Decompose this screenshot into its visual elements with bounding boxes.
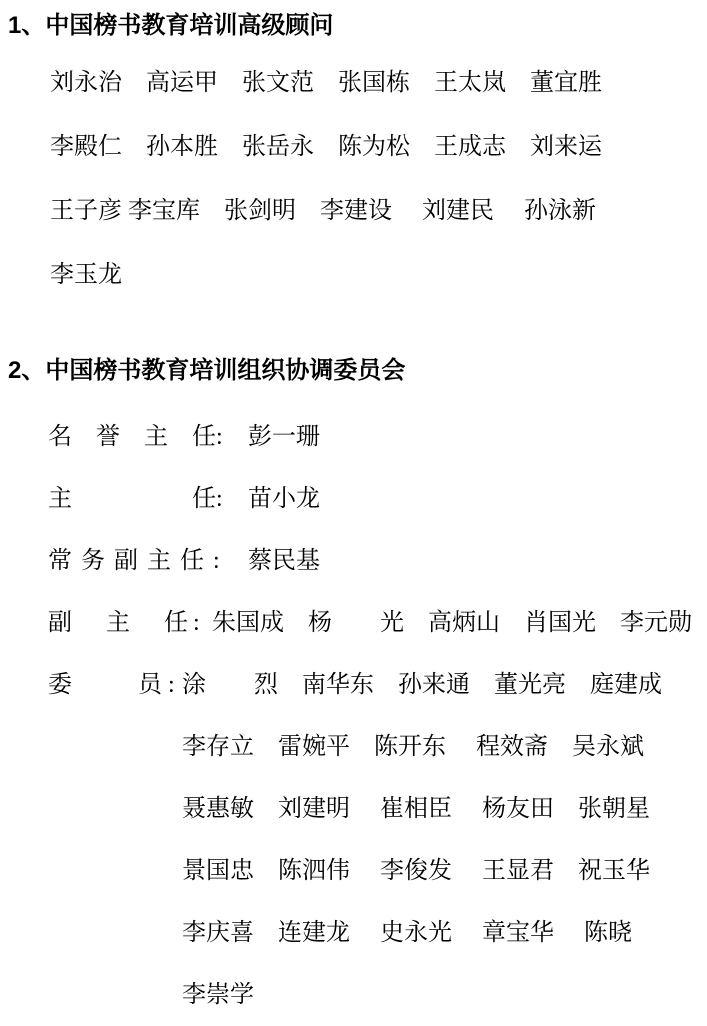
document-page: 1、中国榜书教育培训高级顾问 刘永治 高运甲 张文范 张国栋 王太岚 董宜胜 李… <box>0 0 707 1026</box>
entry-label: 委 员: <box>48 654 182 716</box>
name-row: 王子彦 李宝库 张剑明 李建设 刘建民 孙泳新 <box>50 179 707 243</box>
committee-entry-honorary-director: 名 誉 主 任:彭一珊 <box>48 406 707 468</box>
name-row: 刘永治 高运甲 张文范 张国栋 王太岚 董宜胜 <box>50 51 707 115</box>
committee-entry-deputy-directors: 副 主 任:朱国成 杨 光 高炳山 肖国光 李元勋 <box>48 592 707 654</box>
section-2-committee-list: 名 誉 主 任:彭一珊 主 任:苗小龙 常务副主任:蔡民基 副 主 任:朱国成 … <box>0 406 707 1026</box>
entry-value: 蔡民基 <box>248 548 320 574</box>
member-row: 李崇学 <box>182 964 707 1026</box>
section-2-heading: 2、中国榜书教育培训组织协调委员会 <box>0 358 707 384</box>
name-row: 李殿仁 孙本胜 张岳永 陈为松 王成志 刘来运 <box>50 115 707 179</box>
member-row: 聂惠敏 刘建明 崔相臣 杨友田 张朝星 <box>182 778 707 840</box>
committee-entry-director: 主 任:苗小龙 <box>48 468 707 530</box>
entry-label: 主 任: <box>48 468 248 530</box>
member-row: 李存立 雷婉平 陈开东 程效斋 吴永斌 <box>182 716 707 778</box>
entry-label: 副 主 任: <box>48 592 212 654</box>
name-row: 李玉龙 <box>50 243 707 307</box>
section-1-name-list: 刘永治 高运甲 张文范 张国栋 王太岚 董宜胜 李殿仁 孙本胜 张岳永 陈为松 … <box>0 51 707 307</box>
member-row: 李庆喜 连建龙 史永光 章宝华 陈晓 <box>182 902 707 964</box>
entry-value: 彭一珊 <box>248 424 320 450</box>
entry-label: 常务副主任: <box>48 530 248 592</box>
entry-value: 朱国成 杨 光 高炳山 肖国光 李元勋 <box>212 610 692 636</box>
member-row: 景国忠 陈泗伟 李俊发 王显君 祝玉华 <box>182 840 707 902</box>
entry-label: 名 誉 主 任: <box>48 406 248 468</box>
committee-entry-members: 委 员:涂 烈 南华东 孙来通 董光亮 庭建成 <box>48 654 707 716</box>
entry-value: 涂 烈 南华东 孙来通 董光亮 庭建成 <box>182 672 662 698</box>
committee-entry-executive-deputy-director: 常务副主任:蔡民基 <box>48 530 707 592</box>
section-1-heading: 1、中国榜书教育培训高级顾问 <box>0 13 707 39</box>
entry-value: 苗小龙 <box>248 486 320 512</box>
